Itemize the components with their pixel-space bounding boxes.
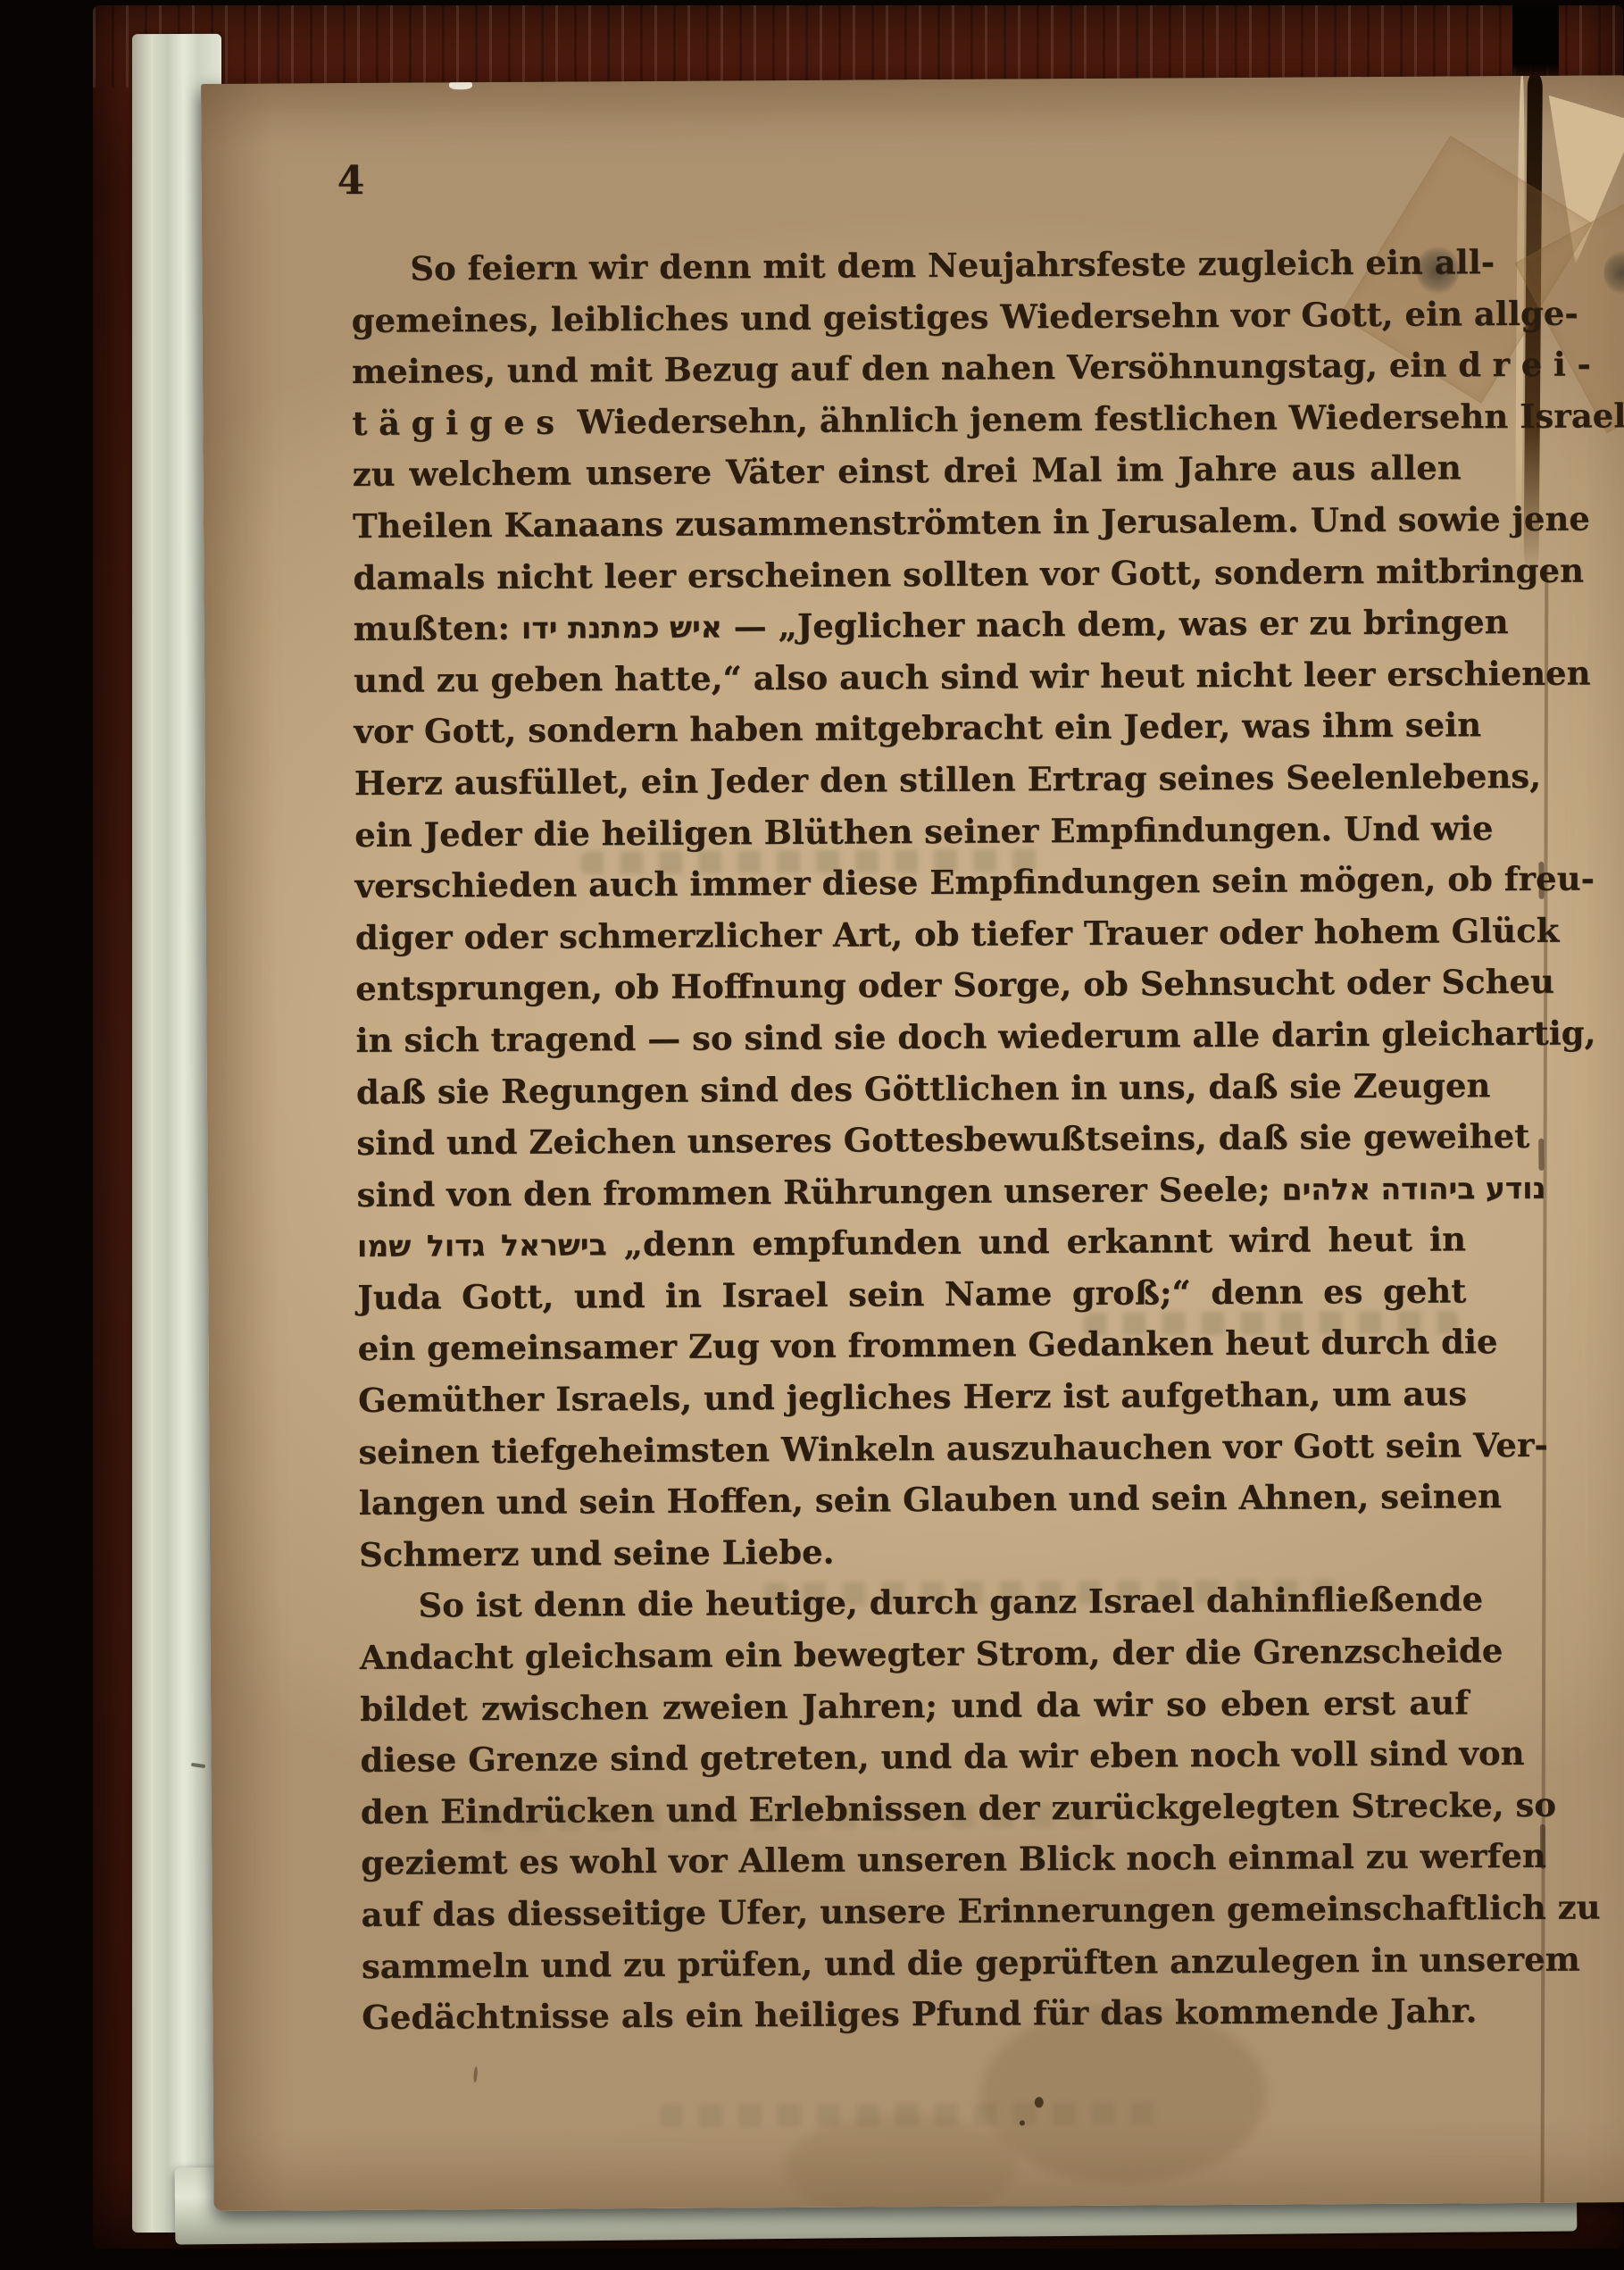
text-segment: in sich tragend — so sind sie doch wiede… [355, 1013, 1595, 1059]
stain-speck [1035, 2097, 1044, 2107]
text-segment: sind und Zeichen unseres Gottesbewußtsei… [356, 1116, 1529, 1163]
text-segment: Gemüther Israels, und jegliches Herz ist… [358, 1373, 1467, 1420]
text-line: in sich tragend — so sind sie doch wiede… [355, 1008, 1464, 1066]
text-segment: ein gemeinsamer Zug von frommen Gedanken… [358, 1323, 1498, 1369]
text-line: seinen tiefgeheimsten Winkeln auszuhauch… [358, 1420, 1467, 1478]
scan-stage: 4 So feiern wir denn mit dem Neujahrsfes… [0, 0, 1624, 2270]
text-segment: daß sie Regungen sind des Göttlichen in … [356, 1065, 1491, 1112]
text-line: geziemt es wohl vor Allem unseren Blick … [361, 1832, 1470, 1890]
text-segment: auf das diesseitige Ufer, unsere Erinner… [361, 1887, 1600, 1933]
text-line: Theilen Kanaans zusammenströmten in Jeru… [353, 494, 1462, 552]
text-segment: Wiedersehn, ähnlich jenem festlichen Wie… [565, 396, 1624, 441]
text-line: sind und Zeichen unseres Gottesbewußtsei… [356, 1111, 1465, 1169]
text-segment: diger oder schmerzlicher Art, ob tiefer … [355, 910, 1560, 956]
text-segment: So ist denn die heutige, durch ganz Isra… [418, 1580, 1483, 1625]
text-segment: Andacht gleichsam ein bewegter Strom, de… [360, 1631, 1503, 1677]
text-segment: entsprungen, ob Hoffnung oder Sorge, ob … [355, 962, 1554, 1008]
small-mark [473, 2066, 478, 2082]
text-segment: vor Gott, sondern haben mitgebracht ein … [354, 705, 1481, 752]
text-line: meines, und mit Bezug auf den nahen Vers… [352, 340, 1461, 398]
text-line: ein Jeder die heiligen Blüthen seiner Em… [354, 803, 1463, 861]
text-segment: seinen tiefgeheimsten Winkeln auszuhauch… [358, 1424, 1548, 1471]
text-line: entsprungen, ob Hoffnung oder Sorge, ob … [355, 957, 1464, 1015]
text-segment: diese Grenze sind getreten, und da wir e… [360, 1733, 1524, 1780]
text-line: Gemüther Israels, und jegliches Herz ist… [358, 1368, 1467, 1426]
stain [785, 2113, 1018, 2210]
text-segment: und zu geben hatte,“ also auch sind wir … [354, 653, 1591, 699]
text-line: ein gemeinsamer Zug von frommen Gedanken… [357, 1317, 1466, 1375]
text-line: mußten: איש כמתנת ידו — „Jeglicher nach … [354, 597, 1462, 655]
text-segment: sammeln und zu prüfen, und die geprüften… [362, 1939, 1580, 1985]
emphasized-spaced-word: drei- [1458, 345, 1602, 385]
text-line: diger oder schmerzlicher Art, ob tiefer … [355, 905, 1464, 964]
text-segment: Gedächtnisse als ein heiliges Pfund für … [362, 1990, 1477, 2037]
text-line: Andacht gleichsam ein bewegter Strom, de… [360, 1625, 1469, 1683]
emphasized-spaced-word: tägiges [352, 402, 566, 442]
text-line: sind von den frommen Rührungen unserer S… [356, 1163, 1465, 1221]
text-line: vor Gott, sondern haben mitgebracht ein … [354, 700, 1462, 758]
text-segment: damals nicht leer erscheinen sollten vor… [353, 550, 1584, 597]
hebrew-inline-phrase: איש כמתנת ידו [521, 610, 722, 646]
text-line: So feiern wir denn mit dem Neujahrsfeste… [351, 237, 1460, 295]
text-line: Schmerz und seine Liebe. [359, 1523, 1468, 1581]
text-line: diese Grenze sind getreten, und da wir e… [360, 1729, 1469, 1787]
text-segment: den Eindrücken und Erlebnissen der zurüc… [361, 1785, 1556, 1832]
text-line: zu welchem unsere Väter einst drei Mal i… [353, 443, 1462, 501]
text-line: langen und sein Hoffen, sein Glauben und… [359, 1472, 1468, 1530]
text-line: Juda Gott, und in Israel sein Name groß;… [357, 1265, 1466, 1323]
body-text: So feiern wir denn mit dem Neujahrsfeste… [351, 237, 1470, 2043]
text-line: Herz ausfüllet, ein Jeder den stillen Er… [354, 751, 1463, 809]
text-segment: mußten: [354, 608, 521, 648]
text-segment: verschieden auch immer diese Empfindunge… [354, 859, 1595, 905]
text-line: So ist denn die heutige, durch ganz Isra… [359, 1574, 1468, 1632]
text-segment: Theilen Kanaans zusammenströmten in Jeru… [353, 498, 1590, 545]
text-segment: Schmerz und seine Liebe. [359, 1532, 835, 1574]
text-line: damals nicht leer erscheinen sollten vor… [353, 546, 1462, 604]
tear-mark [1538, 1139, 1544, 1171]
text-segment: langen und sein Hoffen, sein Glauben und… [359, 1476, 1503, 1523]
text-segment: meines, und mit Bezug auf den nahen Vers… [352, 346, 1458, 392]
text-line: בישראל גדול שמו „denn empfunden und erka… [357, 1214, 1466, 1273]
text-segment: geziemt es wohl vor Allem unseren Blick … [361, 1836, 1546, 1882]
hebrew-inline-phrase: נודע ביהודה אלהים [1281, 1171, 1545, 1207]
book-page: 4 So feiern wir denn mit dem Neujahrsfes… [201, 75, 1624, 2211]
text-line: sammeln und zu prüfen, und die geprüften… [362, 1934, 1470, 1992]
text-segment: „denn empfunden und erkannt wird heut in [607, 1220, 1467, 1264]
text-line: verschieden auch immer diese Empfindunge… [354, 855, 1463, 913]
text-segment: Herz ausfüllet, ein Jeder den stillen Er… [354, 756, 1541, 803]
text-line: und zu geben hatte,“ also auch sind wir … [354, 648, 1462, 706]
book-cover-spine-texture [93, 5, 1623, 88]
text-segment: bildet zwischen zweien Jahren; und da wi… [360, 1682, 1469, 1729]
text-line: Gedächtnisse als ein heiliges Pfund für … [362, 1986, 1470, 2044]
text-segment: ein Jeder die heiligen Blüthen seiner Em… [354, 808, 1494, 855]
page-number: 4 [337, 158, 365, 204]
text-line: bildet zwischen zweien Jahren; und da wi… [360, 1677, 1469, 1735]
text-line: auf das diesseitige Ufer, unsere Erinner… [361, 1882, 1470, 1940]
text-segment: gemeines, leibliches und geistiges Wiede… [351, 293, 1578, 339]
text-line: den Eindrücken und Erlebnissen der zurüc… [361, 1780, 1470, 1838]
text-line: tägiges Wiedersehn, ähnlich jenem festli… [352, 391, 1461, 449]
paper-nick [449, 80, 472, 89]
text-segment: Juda Gott, und in Israel sein Name groß;… [357, 1271, 1466, 1317]
stain-speck [1020, 2120, 1025, 2125]
hebrew-inline-phrase: בישראל גדול שמו [357, 1228, 607, 1264]
text-segment: — „Jeglicher nach dem, was er zu bringen [722, 602, 1509, 646]
text-segment: sind von den frommen Rührungen unserer S… [356, 1169, 1281, 1214]
text-segment: zu welchem unsere Väter einst drei Mal i… [353, 448, 1462, 495]
text-line: gemeines, leibliches und geistiges Wiede… [351, 288, 1460, 346]
text-segment: So feiern wir denn mit dem Neujahrsfeste… [410, 242, 1495, 288]
text-line: daß sie Regungen sind des Göttlichen in … [356, 1060, 1465, 1118]
